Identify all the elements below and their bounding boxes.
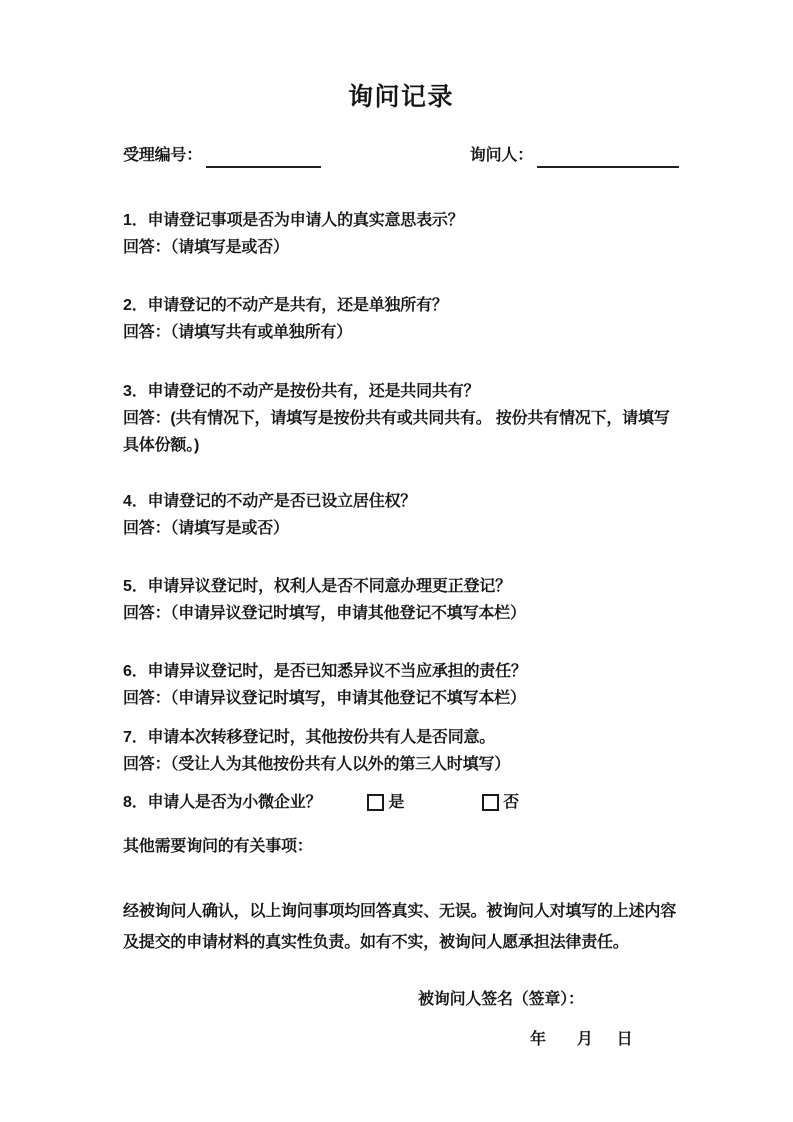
date-day-label: 日	[617, 1026, 633, 1053]
case-number-label: 受理编号：	[123, 144, 202, 168]
inquirer-field: 询问人：	[470, 144, 679, 168]
date-year-label: 年	[530, 1026, 546, 1053]
answer-hint: 回答：（受让人为其他按份共有人以外的第三人时填写）	[123, 751, 679, 778]
question-block-2: 2．申请登记的不动产是共有，还是单独所有？ 回答：（请填写共有或单独所有）	[123, 292, 679, 346]
case-number-field: 受理编号：	[123, 144, 321, 168]
inquirer-label: 询问人：	[470, 144, 533, 168]
header-fields: 受理编号： 询问人：	[123, 144, 679, 168]
signature-label: 被询问人签名（签章）：	[418, 986, 679, 1013]
case-number-blank-line[interactable]	[206, 146, 321, 168]
question-text: 1．申请登记事项是否为申请人的真实意思表示？	[123, 207, 679, 234]
question-block-1: 1．申请登记事项是否为申请人的真实意思表示？ 回答：（请填写是或否）	[123, 207, 679, 261]
question-block-6: 6．申请异议登记时，是否已知悉异议不当应承担的责任？ 回答：（申请异议登记时填写…	[123, 658, 679, 712]
answer-hint: 回答：（申请异议登记时填写，申请其他登记不填写本栏）	[123, 600, 679, 627]
question-block-7: 7．申请本次转移登记时，其他按份共有人是否同意。 回答：（受让人为其他按份共有人…	[123, 724, 679, 778]
checkbox-yes-label: 是	[388, 789, 404, 816]
question-text: 2．申请登记的不动产是共有，还是单独所有？	[123, 292, 679, 319]
confirmation-paragraph: 经被询问人确认，以上询问事项均回答真实、无误。被询问人对填写的上述内容及提交的申…	[123, 896, 679, 958]
inquirer-blank-line[interactable]	[537, 146, 679, 168]
answer-hint: 回答：（申请异议登记时填写，申请其他登记不填写本栏）	[123, 685, 679, 712]
question-text: 4．申请登记的不动产是否已设立居住权？	[123, 488, 679, 515]
question-block-3: 3．申请登记的不动产是按份共有，还是共同共有？ 回答：(共有情况下，请填写是按份…	[123, 378, 679, 459]
answer-hint: 回答：(共有情况下，请填写是按份共有或共同共有。 按份共有情况下，请填写具体份额…	[123, 405, 679, 459]
date-month-label: 月	[577, 1026, 593, 1053]
question-text: 7．申请本次转移登记时，其他按份共有人是否同意。	[123, 724, 679, 751]
date-line: 年 月 日	[530, 1026, 679, 1053]
answer-hint: 回答：（请填写共有或单独所有）	[123, 319, 679, 346]
option-no[interactable]: 否	[482, 789, 519, 816]
answer-hint: 回答：（请填写是或否）	[123, 234, 679, 261]
other-items-heading: 其他需要询问的有关事项：	[123, 833, 679, 860]
question-text: 3．申请登记的不动产是按份共有，还是共同共有？	[123, 378, 679, 405]
page-title: 询问记录	[123, 82, 679, 112]
question-block-8: 8．申请人是否为小微企业？ 是 否	[123, 789, 679, 816]
option-yes[interactable]: 是	[367, 789, 404, 816]
question-text: 5．申请异议登记时，权利人是否不同意办理更正登记？	[123, 573, 679, 600]
document-page: 询问记录 受理编号： 询问人： 1．申请登记事项是否为申请人的真实意思表示？ 回…	[0, 0, 793, 1122]
checkbox-no-label: 否	[503, 789, 519, 816]
question-block-4: 4．申请登记的不动产是否已设立居住权？ 回答：（请填写是或否）	[123, 488, 679, 542]
checkbox-no-icon[interactable]	[482, 794, 499, 811]
question-block-5: 5．申请异议登记时，权利人是否不同意办理更正登记？ 回答：（申请异议登记时填写，…	[123, 573, 679, 627]
answer-hint: 回答：（请填写是或否）	[123, 515, 679, 542]
question-text: 6．申请异议登记时，是否已知悉异议不当应承担的责任？	[123, 658, 679, 685]
checkbox-yes-icon[interactable]	[367, 794, 384, 811]
document-content: 询问记录 受理编号： 询问人： 1．申请登记事项是否为申请人的真实意思表示？ 回…	[123, 82, 679, 1053]
question-text: 8．申请人是否为小微企业？	[123, 789, 321, 816]
